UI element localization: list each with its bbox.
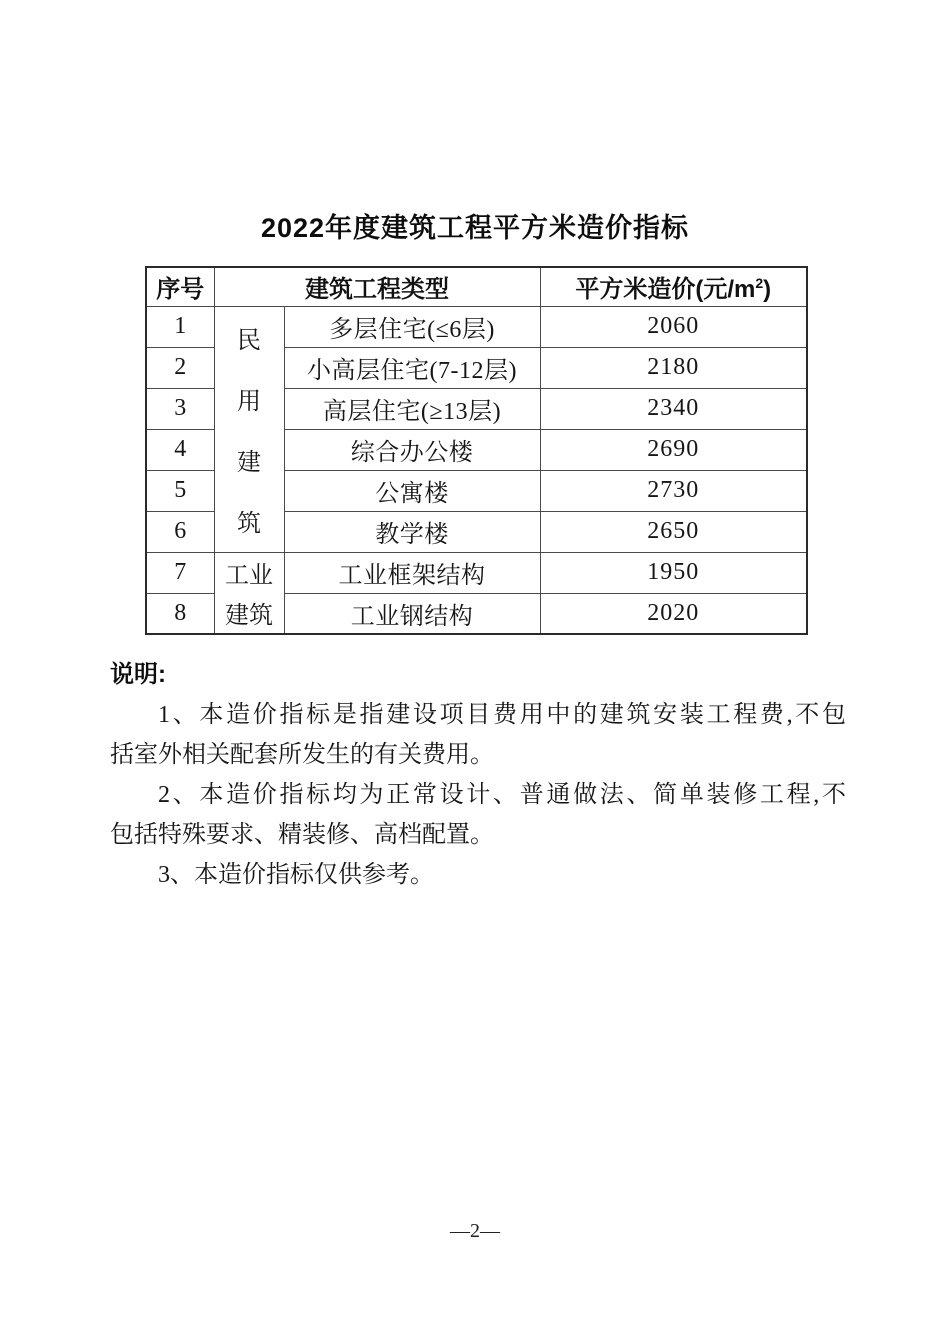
row-type: 小高层住宅(7-12层) — [284, 347, 540, 388]
group-cell-civil: 民 用 建 筑 — [214, 306, 284, 552]
page-number: —2— — [0, 1220, 950, 1243]
notes-section: 说明: 1、本造价指标是指建设项目费用中的建筑安装工程费,不包 括室外相关配套所… — [110, 655, 846, 895]
page-title: 2022年度建筑工程平方米造价指标 — [0, 206, 950, 245]
row-type: 多层住宅(≤6层) — [284, 306, 540, 347]
note-line: 包括特殊要求、精装修、高档配置。 — [110, 815, 846, 855]
note-line: 2、本造价指标均为正常设计、普通做法、简单装修工程,不 — [110, 775, 846, 815]
header-no: 序号 — [146, 267, 214, 306]
civil-char: 建 — [237, 442, 261, 477]
note-paragraph: 3、本造价指标仅供参考。 — [110, 855, 846, 895]
row-no: 6 — [146, 511, 214, 552]
cost-index-table: 序号 建筑工程类型 平方米造价(元/m2) 1 民 用 建 筑 多层住宅(≤6层… — [145, 266, 808, 635]
row-type: 高层住宅(≥13层) — [284, 388, 540, 429]
header-price-suffix: ) — [763, 276, 771, 303]
note-line: 括室外相关配套所发生的有关费用。 — [110, 735, 846, 775]
row-no: 2 — [146, 347, 214, 388]
header-price: 平方米造价(元/m2) — [540, 267, 807, 306]
row-no: 8 — [146, 593, 214, 634]
note-line: 3、本造价指标仅供参考。 — [110, 855, 846, 895]
row-type: 综合办公楼 — [284, 429, 540, 470]
header-price-superscript: 2 — [755, 275, 763, 291]
row-price: 2180 — [540, 347, 807, 388]
notes-heading: 说明: — [110, 655, 846, 695]
note-line: 1、本造价指标是指建设项目费用中的建筑安装工程费,不包 — [110, 695, 846, 735]
civil-char: 民 — [237, 320, 261, 355]
row-no: 7 — [146, 552, 214, 593]
civil-char: 用 — [237, 381, 261, 416]
row-price: 1950 — [540, 552, 807, 593]
row-no: 1 — [146, 306, 214, 347]
row-no: 5 — [146, 470, 214, 511]
row-price: 2690 — [540, 429, 807, 470]
note-paragraph: 2、本造价指标均为正常设计、普通做法、简单装修工程,不 包括特殊要求、精装修、高… — [110, 775, 846, 855]
row-price: 2340 — [540, 388, 807, 429]
document-page: 2022年度建筑工程平方米造价指标 序号 建筑工程类型 平方米造价(元/m2) … — [0, 0, 950, 1344]
table-header-row: 序号 建筑工程类型 平方米造价(元/m2) — [146, 267, 807, 306]
row-type: 教学楼 — [284, 511, 540, 552]
industrial-line: 建筑 — [225, 595, 273, 630]
industrial-line: 工业 — [225, 555, 273, 590]
row-type: 工业框架结构 — [284, 552, 540, 593]
row-price: 2060 — [540, 306, 807, 347]
row-no: 3 — [146, 388, 214, 429]
header-type: 建筑工程类型 — [214, 267, 540, 306]
civil-group-label: 民 用 建 筑 — [215, 307, 284, 552]
industrial-group-label: 工业 建筑 — [215, 553, 284, 634]
table-row: 7 工业 建筑 工业框架结构 1950 — [146, 552, 807, 593]
note-paragraph: 1、本造价指标是指建设项目费用中的建筑安装工程费,不包 括室外相关配套所发生的有… — [110, 695, 846, 775]
row-price: 2020 — [540, 593, 807, 634]
row-price: 2730 — [540, 470, 807, 511]
table-row: 1 民 用 建 筑 多层住宅(≤6层) 2060 — [146, 306, 807, 347]
header-price-prefix: 平方米造价(元/m — [575, 276, 755, 303]
row-type: 工业钢结构 — [284, 593, 540, 634]
row-type: 公寓楼 — [284, 470, 540, 511]
group-cell-industrial: 工业 建筑 — [214, 552, 284, 634]
civil-char: 筑 — [237, 503, 261, 538]
row-price: 2650 — [540, 511, 807, 552]
row-no: 4 — [146, 429, 214, 470]
